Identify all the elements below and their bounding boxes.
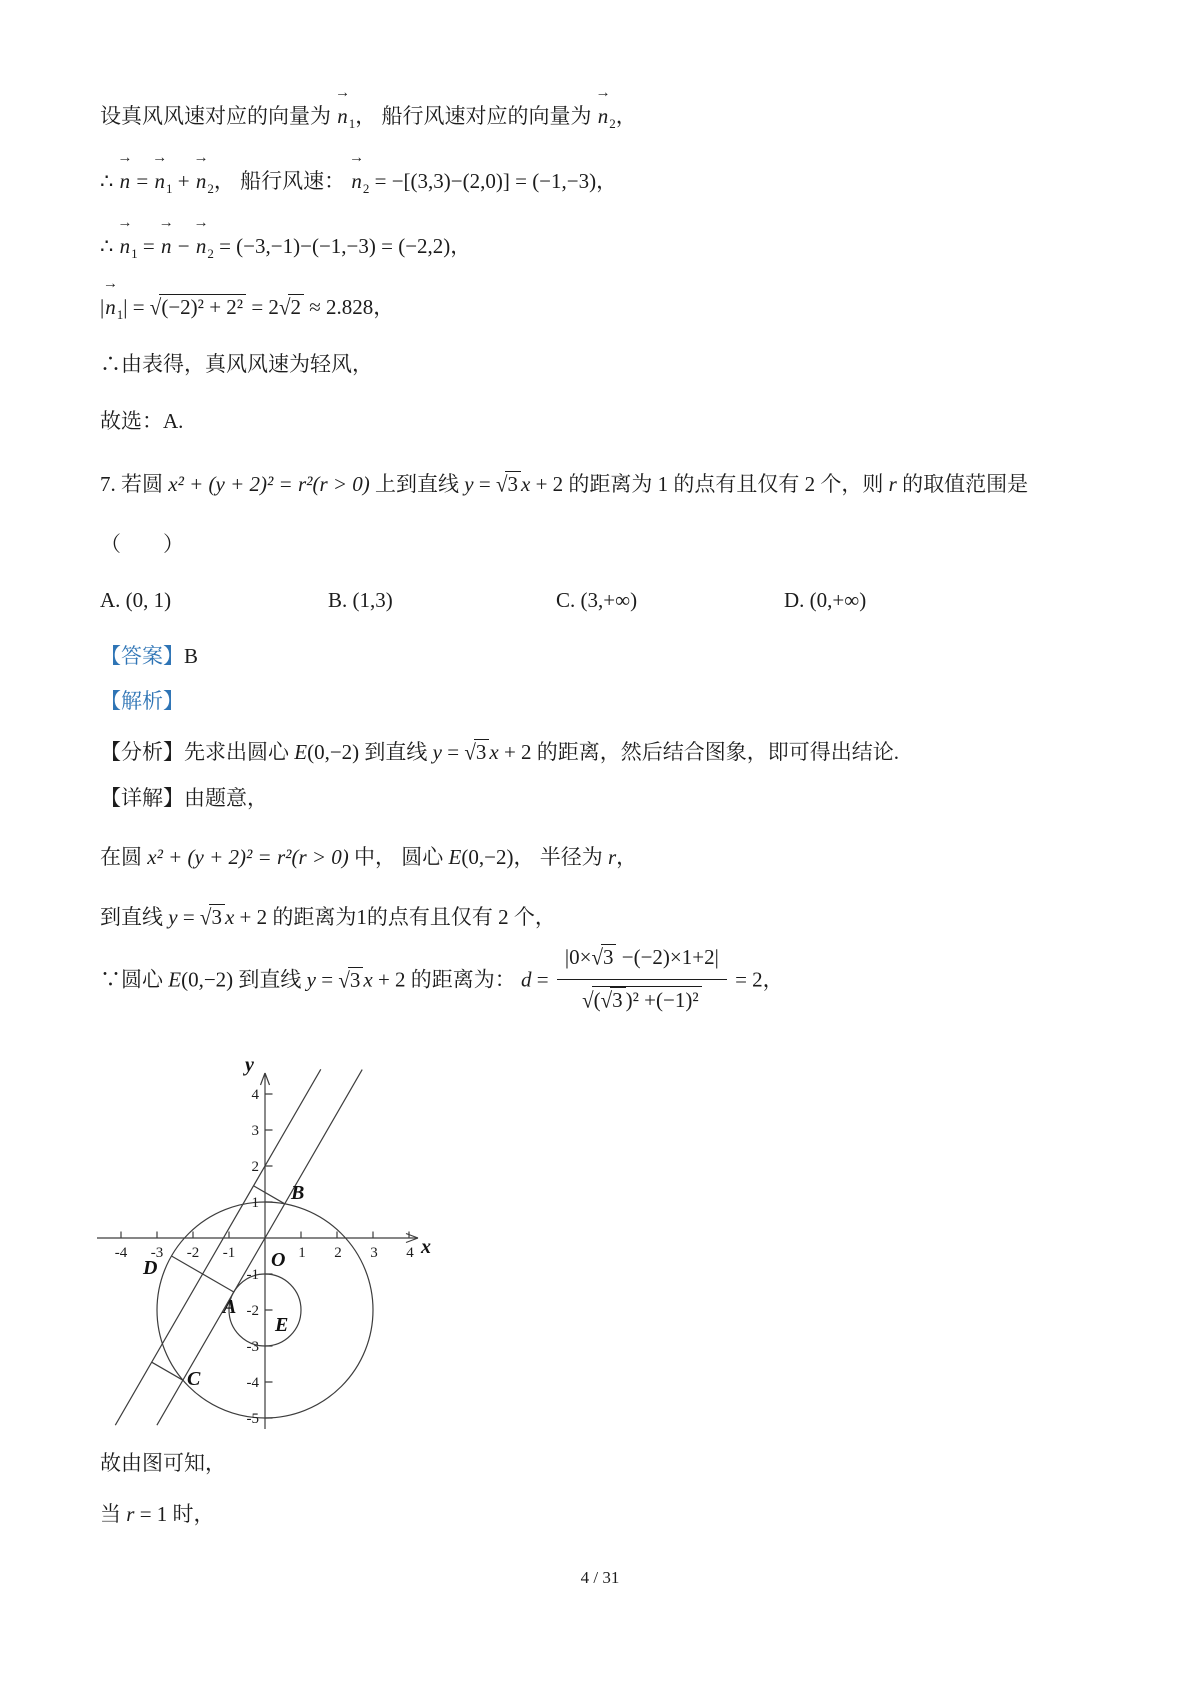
option-label: C.	[556, 588, 575, 612]
vector-base: →n	[350, 161, 363, 202]
document-page: 设真风风速对应的向量为 →n1， 船行风速对应的向量为 →n2， ∴ →n = …	[0, 0, 1200, 1697]
vector-base: →n	[597, 96, 610, 137]
text: 上到直线	[370, 472, 465, 496]
math-var: y	[168, 905, 177, 929]
math-var: x	[521, 472, 530, 496]
text: = 1 时，	[134, 1502, 214, 1526]
solution6-line-5: ∴由表得，真风风速为轻风，	[100, 350, 1105, 379]
text: ，	[616, 104, 637, 128]
radical-icon: √	[338, 965, 350, 996]
math-circle-equation: x² + (y + 2)² = r²(r > 0)	[147, 845, 349, 869]
text: (0,−2)， 半径为	[461, 845, 608, 869]
text: + 2 的距离为1的点有且仅有 2 个，	[234, 905, 556, 929]
text: 在圆	[100, 845, 147, 869]
xtick-3: 3	[370, 1245, 378, 1261]
text: = (−3,−1)−(−1,−3) = (−2,2)，	[214, 234, 471, 258]
vector-n: →n	[119, 161, 132, 202]
vector-base: →n	[104, 287, 117, 328]
vector-symbol: n	[351, 169, 362, 193]
option-label: B.	[328, 588, 347, 612]
math-var: y	[464, 472, 473, 496]
ytick-4: 4	[252, 1087, 260, 1103]
text: + 2 的距离为 1 的点有且仅有 2 个，则	[530, 472, 888, 496]
sqrt-expression: √3	[200, 900, 225, 936]
page-number-footer: 4 / 31	[0, 1568, 1200, 1588]
text: 故由图可知，	[100, 1451, 226, 1475]
math-var: r	[889, 472, 897, 496]
vector-base: →n	[195, 161, 208, 202]
text: 故选：A.	[100, 409, 183, 433]
xtick-2: 2	[334, 1245, 342, 1261]
option-d: D. (0,+∞)	[784, 586, 866, 615]
text: 到直线	[100, 905, 168, 929]
vector-arrow-icon: →	[194, 151, 209, 166]
ytick-2: 2	[252, 1159, 260, 1175]
radical-icon: √	[464, 734, 476, 771]
page-indicator: 4 / 31	[581, 1568, 620, 1587]
math-var: x	[489, 740, 498, 764]
text: (	[594, 988, 601, 1012]
radical-icon: √	[279, 286, 291, 329]
math-var: r	[608, 845, 616, 869]
vector-symbol: n	[196, 169, 207, 193]
conclusion-line-2: 当 r = 1 时，	[100, 1500, 1105, 1529]
point-label-D: D	[142, 1257, 157, 1279]
distance-computation-line: ∵圆心 E(0,−2) 到直线 y = √3x + 2 的距离为： d = |0…	[100, 943, 1105, 1021]
text: (0,−2) 到直线	[181, 968, 307, 992]
option-a: A. (0, 1)	[100, 586, 328, 615]
text: =	[131, 169, 153, 193]
ytick--4: -4	[247, 1375, 260, 1391]
fraction-denominator: √(√3)² +(−1)²	[557, 980, 727, 1015]
option-b: B. (1,3)	[328, 586, 556, 615]
math-var: x	[363, 968, 372, 992]
vector-n2: →n2	[350, 161, 369, 202]
math-var-d: d	[521, 968, 532, 992]
text: + 2 的距离为：	[373, 968, 521, 992]
vector-base: →n	[160, 226, 173, 267]
question7-stem: 7. 若圆 x² + (y + 2)² = r²(r > 0) 上到直线 y =…	[100, 467, 1105, 503]
document-body: 设真风风速对应的向量为 →n1， 船行风速对应的向量为 →n2， ∴ →n = …	[0, 0, 1200, 1530]
nested-sqrt: √3	[601, 987, 626, 1013]
ytick-1: 1	[252, 1195, 260, 1211]
y-axis-label: y	[243, 1054, 254, 1076]
sqrt-expression: √3	[591, 943, 616, 972]
perpendicular-segment-DA	[172, 1256, 234, 1292]
text: )² +(−1)²	[626, 988, 699, 1012]
text: ≈ 2.828，	[304, 295, 394, 319]
text: ∴由表得，真风风速为轻风，	[100, 352, 373, 376]
solution6-line-3: ∴ →n1 = →n − →n2 = (−3,−1)−(−1,−3) = (−2…	[100, 226, 1105, 267]
text: + 2 的距离，然后结合图象，即可得出结论.	[499, 740, 899, 764]
xtick--4: -4	[115, 1245, 128, 1261]
option-value: (3,+∞)	[581, 588, 638, 612]
solution6-line-4: |→n1| = √(−2)² + 2² = 2√2 ≈ 2.828，	[100, 287, 1105, 328]
figure-svg: -4 -3 -2 -1 1 2 3 4 4 3 2 1 -1 -2 -3 -4	[85, 1031, 435, 1441]
vector-n2: →n2	[195, 226, 214, 267]
vector-n2: →n2	[195, 161, 214, 202]
math-var: y	[433, 740, 442, 764]
ytick--3: -3	[247, 1339, 260, 1355]
vector-base: →n	[195, 226, 208, 267]
sqrt-expression: √(−2)² + 2²	[150, 287, 246, 328]
x-axis-label: x	[420, 1236, 431, 1258]
sqrt-expression: √3	[496, 467, 521, 503]
math-var: E	[294, 740, 307, 764]
vector-symbol: n	[154, 169, 165, 193]
option-label: D.	[784, 588, 804, 612]
ytick--5: -5	[247, 1411, 260, 1427]
math-var: E	[168, 968, 181, 992]
option-value: (1,3)	[353, 588, 393, 612]
text: ∴	[100, 234, 119, 258]
ytick-3: 3	[252, 1123, 260, 1139]
radical-icon: √	[582, 985, 594, 1016]
vector-base: →n	[119, 226, 132, 267]
text: 7. 若圆	[100, 472, 168, 496]
text: =	[442, 740, 464, 764]
perpendicular-segment-bottom	[152, 1362, 183, 1380]
text: 【详解】由题意，	[100, 786, 268, 810]
text: = 2，	[730, 968, 784, 992]
text: =	[316, 968, 338, 992]
sqrt-expression: √3	[338, 966, 363, 995]
text: 的取值范围是	[897, 472, 1028, 496]
xtick--1: -1	[223, 1245, 236, 1261]
text: =	[138, 234, 160, 258]
point-label-A: A	[221, 1296, 236, 1318]
answer-line: 【答案】B	[100, 642, 1105, 671]
vector-symbol: n	[337, 104, 348, 128]
text: +	[172, 169, 194, 193]
vector-base: →n	[119, 161, 132, 202]
vector-symbol: n	[120, 169, 131, 193]
conclusion-line-1: 故由图可知，	[100, 1449, 1105, 1478]
text: 中， 圆心	[349, 845, 449, 869]
fenxi-line: 【分析】先求出圆心 E(0,−2) 到直线 y = √3x + 2 的距离，然后…	[100, 735, 1105, 771]
vector-arrow-icon: →	[194, 216, 209, 231]
text: (0,−2) 到直线	[307, 740, 433, 764]
detail-line-1: 在圆 x² + (y + 2)² = r²(r > 0) 中， 圆心 E(0,−…	[100, 840, 1105, 876]
math-circle-equation: x² + (y + 2)² = r²(r > 0)	[168, 472, 370, 496]
question7-paren-blank: （ ）	[100, 530, 1105, 559]
origin-label: O	[271, 1249, 285, 1271]
text: −	[172, 234, 194, 258]
solution6-line-2: ∴ →n = →n1 + →n2， 船行风速： →n2 = −[(3,3)−(2…	[100, 161, 1105, 202]
answer-value: B	[184, 644, 198, 668]
vector-symbol: n	[120, 234, 131, 258]
text: =	[178, 905, 200, 929]
fraction-numerator: |0×√3 −(−2)×1+2|	[557, 943, 727, 979]
radicand: (√3)² +(−1)²	[592, 986, 702, 1013]
text: 当	[100, 1502, 126, 1526]
vector-symbol: n	[598, 104, 609, 128]
ytick--2: -2	[247, 1303, 260, 1319]
math-var: x	[225, 905, 234, 929]
radical-icon: √	[200, 899, 212, 936]
figure-coordinate-graph: -4 -3 -2 -1 1 2 3 4 4 3 2 1 -1 -2 -3 -4	[85, 1031, 1105, 1441]
text: ∵圆心	[100, 968, 168, 992]
vector-n: →n	[160, 226, 173, 267]
detail-line-2: 到直线 y = √3x + 2 的距离为1的点有且仅有 2 个，	[100, 900, 1105, 936]
text: −(−2)×1+2|	[616, 945, 718, 969]
vector-arrow-icon: →	[117, 151, 132, 166]
sqrt-expression: √3	[464, 735, 489, 771]
vector-arrow-icon: →	[595, 86, 610, 101]
vector-n2: →n2	[597, 96, 616, 137]
solution6-line-1: 设真风风速对应的向量为 →n1， 船行风速对应的向量为 →n2，	[100, 96, 1105, 137]
text: = −[(3,3)−(2,0)] = (−1,−3)，	[369, 169, 617, 193]
text: ∴	[100, 169, 119, 193]
text: | =	[123, 295, 150, 319]
vector-n1: →n1	[119, 226, 138, 267]
vector-symbol: n	[161, 234, 172, 258]
vector-arrow-icon: →	[159, 216, 174, 231]
text: ， 船行风速：	[214, 169, 351, 193]
option-value: (0,+∞)	[810, 588, 867, 612]
point-label-C: C	[187, 1368, 201, 1390]
vector-n1: →n1	[153, 161, 172, 202]
vector-base: →n	[336, 96, 349, 137]
text: ，	[616, 845, 637, 869]
vector-base: →n	[153, 161, 166, 202]
text: （ ）	[100, 532, 184, 556]
vector-symbol: n	[196, 234, 207, 258]
text: 【分析】先求出圆心	[100, 740, 294, 764]
answer-label: 【答案】	[100, 644, 184, 668]
text: =	[474, 472, 496, 496]
text: =	[532, 968, 554, 992]
distance-fraction: |0×√3 −(−2)×1+2|√(√3)² +(−1)²	[557, 943, 727, 1015]
point-label-E: E	[274, 1314, 288, 1336]
option-c: C. (3,+∞)	[556, 586, 784, 615]
vector-arrow-icon: →	[117, 216, 132, 231]
sqrt-expression: √(√3)² +(−1)²	[582, 986, 702, 1015]
text: = 2	[246, 295, 279, 319]
option-label: A.	[100, 588, 120, 612]
jiexi-line: 【解析】	[100, 687, 1105, 716]
sqrt-expression: √2	[279, 287, 304, 328]
xtick--2: -2	[187, 1245, 200, 1261]
vector-n1: →n1	[336, 96, 355, 137]
xtick-4: 4	[406, 1245, 414, 1261]
xtick-1: 1	[298, 1245, 306, 1261]
radical-icon: √	[591, 942, 603, 973]
vector-arrow-icon: →	[103, 277, 118, 292]
radical-icon: √	[496, 466, 508, 503]
solution6-answer-choice: 故选：A.	[100, 407, 1105, 436]
math-var: y	[307, 968, 316, 992]
text: 设真风风速对应的向量为	[100, 104, 336, 128]
vector-n1: →n1	[104, 287, 123, 328]
line-y-sqrt3x-plus-2	[115, 1069, 320, 1425]
radical-icon: √	[150, 286, 162, 329]
radicand: (−2)² + 2²	[159, 294, 246, 320]
text: ， 船行风速对应的向量为	[355, 104, 597, 128]
math-var: E	[449, 845, 462, 869]
vector-symbol: n	[105, 295, 116, 319]
jiexi-label: 【解析】	[100, 689, 184, 713]
text: |0×	[565, 945, 592, 969]
radical-icon: √	[601, 987, 613, 1013]
vector-arrow-icon: →	[335, 86, 350, 101]
xiangjie-line: 【详解】由题意，	[100, 784, 1105, 813]
ytick--1: -1	[247, 1267, 260, 1283]
question7-options-row: A. (0, 1)B. (1,3)C. (3,+∞)D. (0,+∞)	[100, 586, 1105, 615]
point-label-B: B	[290, 1182, 304, 1204]
vector-arrow-icon: →	[349, 151, 364, 166]
vector-arrow-icon: →	[152, 151, 167, 166]
option-value: (0, 1)	[126, 588, 172, 612]
